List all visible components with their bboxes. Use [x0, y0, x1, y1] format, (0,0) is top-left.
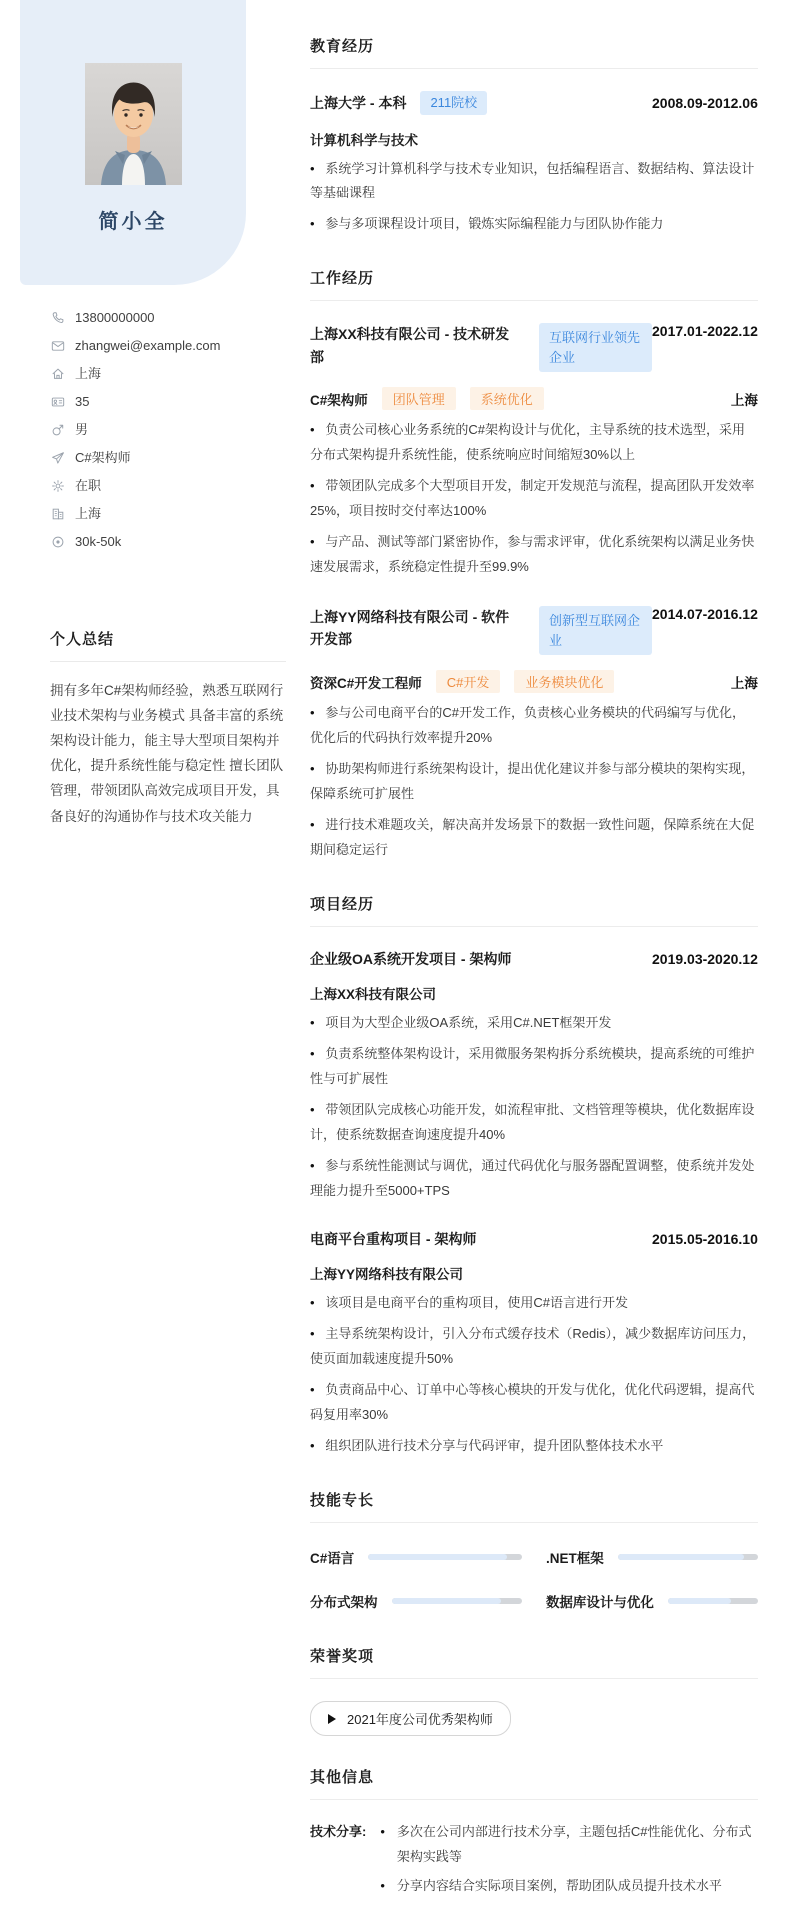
job2-period: 2014.07-2016.12 [652, 606, 758, 622]
education-title: 教育经历 [310, 35, 758, 69]
tech-share-list: • 多次在公司内部进行技术分享，主题包括C#性能优化、分布式架构实践等 • 分享… [370, 1820, 758, 1899]
bullet: 项目为大型企业级OA系统，采用C#.NET框架开发 [310, 1011, 758, 1036]
bullet: 参与系统性能测试与调优，通过代码优化与服务器配置调整，使系统并发处理能力提升至5… [310, 1154, 758, 1204]
project2-head: 电商平台重构项目 - 架构师 2015.05-2016.10 [310, 1229, 758, 1249]
phone-icon [50, 310, 65, 325]
skill-bar-fill [668, 1598, 731, 1604]
skill-bar [618, 1554, 758, 1560]
job1-tag-1: 团队管理 [382, 387, 456, 410]
education-entry-head: 上海大学 - 本科 211院校 2008.09-2012.06 [310, 91, 758, 115]
contact-email-value: zhangwei@example.com [75, 337, 220, 354]
gender-icon [50, 422, 65, 437]
contact-city-value: 上海 [75, 505, 101, 522]
status-gear-icon [50, 478, 65, 493]
summary-title: 个人总结 [50, 628, 286, 662]
contact-age: 35 [50, 393, 286, 410]
major: 计算机科学与技术 [310, 129, 758, 149]
tech-share-label: 技术分享: [310, 1820, 366, 1899]
education-section: 教育经历 上海大学 - 本科 211院校 2008.09-2012.06 计算机… [310, 35, 758, 237]
skill-bar-fill [368, 1554, 506, 1560]
contact-city: 上海 [50, 505, 286, 522]
bullet: 与产品、测试等部门紧密协作，参与需求评审，优化系统架构以满足业务快速发展需求，系… [310, 530, 758, 580]
bullet: 负责系统整体架构设计，采用微服务架构拆分系统模块，提高系统的可维护性与可扩展性 [310, 1042, 758, 1092]
bullet: 带领团队完成多个大型项目开发，制定开发规范与流程，提高团队开发效率25%，项目按… [310, 474, 758, 524]
age-icon [50, 394, 65, 409]
skill-label: 分布式架构 [310, 1591, 378, 1611]
job1-bullets: 负责公司核心业务系统的C#架构设计与优化，主导系统的技术选型，采用分布式架构提升… [310, 418, 758, 580]
job1-company-badge: 互联网行业领先企业 [539, 323, 652, 372]
projects-section: 项目经历 企业级OA系统开发项目 - 架构师 2019.03-2020.12 上… [310, 893, 758, 1459]
skill-bar [368, 1554, 522, 1560]
honors-title: 荣誉奖项 [310, 1645, 758, 1679]
project1-head: 企业级OA系统开发项目 - 架构师 2019.03-2020.12 [310, 949, 758, 969]
contact-gender-value: 男 [75, 421, 88, 438]
job-entry-2: 上海YY网络科技有限公司 - 软件开发部 创新型互联网企业 2014.07-20… [310, 606, 758, 863]
job1-role: C#架构师 [310, 389, 368, 409]
bullet: 负责公司核心业务系统的C#架构设计与优化，主导系统的技术选型，采用分布式架构提升… [310, 418, 758, 468]
contact-salary: 30k-50k [50, 533, 286, 550]
contact-home: 上海 [50, 365, 286, 382]
list-item-text: 分享内容结合实际项目案例，帮助团队成员提升技术水平 [397, 1874, 722, 1899]
job2-tag-1: C#开发 [436, 670, 501, 693]
other-info-section: 其他信息 技术分享: • 多次在公司内部进行技术分享，主题包括C#性能优化、分布… [310, 1766, 758, 1899]
job2-location: 上海 [731, 672, 758, 692]
project1-bullets: 项目为大型企业级OA系统，采用C#.NET框架开发 负责系统整体架构设计，采用微… [310, 1011, 758, 1204]
contact-gender: 男 [50, 421, 286, 438]
email-icon [50, 338, 65, 353]
other-info-title: 其他信息 [310, 1766, 758, 1800]
city-building-icon [50, 506, 65, 521]
bullet: 协助架构师进行系统架构设计，提出优化建议并参与部分模块的架构实现，保障系统可扩展… [310, 757, 758, 807]
play-icon [328, 1714, 336, 1724]
job1-company: 上海XX科技有限公司 - 技术研发部 [310, 323, 515, 368]
project-entry-2: 电商平台重构项目 - 架构师 2015.05-2016.10 上海YY网络科技有… [310, 1229, 758, 1459]
project-entry-1: 企业级OA系统开发项目 - 架构师 2019.03-2020.12 上海XX科技… [310, 949, 758, 1204]
job2-company: 上海YY网络科技有限公司 - 软件开发部 [310, 606, 515, 651]
project1-company: 上海XX科技有限公司 [310, 983, 758, 1003]
project1-name: 企业级OA系统开发项目 - 架构师 [310, 949, 511, 969]
contact-list: 13800000000 zhangwei@example.com 上海 [50, 309, 286, 550]
honor-item-button[interactable]: 2021年度公司优秀架构师 [310, 1701, 511, 1736]
contact-status-value: 在职 [75, 477, 101, 494]
skills-section: 技能专长 C#语言 .NET框架 分布式架构 数据库设计与优化 [310, 1489, 758, 1635]
job2-company-badge: 创新型互联网企业 [539, 606, 652, 655]
position-paper-plane-icon [50, 450, 65, 465]
contact-phone-value: 13800000000 [75, 309, 155, 326]
main-content: 教育经历 上海大学 - 本科 211院校 2008.09-2012.06 计算机… [310, 0, 794, 1929]
contact-phone: 13800000000 [50, 309, 286, 326]
bullet: 该项目是电商平台的重构项目，使用C#语言进行开发 [310, 1291, 758, 1316]
list-item: • 分享内容结合实际项目案例，帮助团队成员提升技术水平 [370, 1874, 758, 1899]
contact-home-value: 上海 [75, 365, 101, 382]
contact-status: 在职 [50, 477, 286, 494]
skill-bar-fill [618, 1554, 744, 1560]
contact-position: C#架构师 [50, 449, 286, 466]
contact-email: zhangwei@example.com [50, 337, 286, 354]
contact-age-value: 35 [75, 393, 89, 410]
bullet-dot: • [380, 1874, 385, 1899]
skills-title: 技能专长 [310, 1489, 758, 1523]
education-period: 2008.09-2012.06 [652, 95, 758, 111]
education-bullets: 系统学习计算机科学与技术专业知识，包括编程语言、数据结构、算法设计等基础课程 参… [310, 157, 758, 238]
project2-company: 上海YY网络科技有限公司 [310, 1263, 758, 1283]
bullet: 参与公司电商平台的C#开发工作，负责核心业务模块的代码编写与优化，优化后的代码执… [310, 701, 758, 751]
work-section: 工作经历 上海XX科技有限公司 - 技术研发部 互联网行业领先企业 2017.0… [310, 267, 758, 862]
home-icon [50, 366, 65, 381]
salary-target-icon [50, 534, 65, 549]
project2-period: 2015.05-2016.10 [652, 1231, 758, 1247]
profile-panel: 简小全 [20, 0, 246, 285]
resume-page: 简小全 13800000000 zhangwei@example.com [0, 0, 794, 1929]
bullet: 带领团队完成核心功能开发，如流程审批、文档管理等模块，优化数据库设计，使系统数据… [310, 1098, 758, 1148]
job1-location: 上海 [731, 389, 758, 409]
bullet: 负责商品中心、订单中心等核心模块的开发与优化，优化代码逻辑，提高代码复用率30% [310, 1378, 758, 1428]
skill-grid: C#语言 .NET框架 分布式架构 数据库设计与优化 [310, 1547, 758, 1635]
bullet: 参与多项课程设计项目，锻炼实际编程能力与团队协作能力 [310, 212, 758, 237]
skill-label: 数据库设计与优化 [546, 1591, 654, 1611]
tech-share-row: 技术分享: • 多次在公司内部进行技术分享，主题包括C#性能优化、分布式架构实践… [310, 1820, 758, 1899]
job2-role-row: 资深C#开发工程师 C#开发 业务模块优化 上海 [310, 670, 758, 693]
job1-head: 上海XX科技有限公司 - 技术研发部 互联网行业领先企业 2017.01-202… [310, 323, 758, 372]
projects-title: 项目经历 [310, 893, 758, 927]
sidebar-content: 13800000000 zhangwei@example.com 上海 [50, 309, 286, 829]
skill-database: 数据库设计与优化 [534, 1591, 758, 1611]
bullet: 系统学习计算机科学与技术专业知识，包括编程语言、数据结构、算法设计等基础课程 [310, 157, 758, 207]
job-entry-1: 上海XX科技有限公司 - 技术研发部 互联网行业领先企业 2017.01-202… [310, 323, 758, 580]
skill-distributed: 分布式架构 [310, 1591, 534, 1611]
project1-period: 2019.03-2020.12 [652, 951, 758, 967]
job1-tag-2: 系统优化 [470, 387, 544, 410]
bullet-dot: • [380, 1820, 385, 1870]
bullet: 进行技术难题攻关，解决高并发场景下的数据一致性问题，保障系统在大促期间稳定运行 [310, 813, 758, 863]
job2-head: 上海YY网络科技有限公司 - 软件开发部 创新型互联网企业 2014.07-20… [310, 606, 758, 655]
sidebar: 简小全 13800000000 zhangwei@example.com [0, 0, 310, 1929]
work-title: 工作经历 [310, 267, 758, 301]
photo-wrap [20, 0, 246, 190]
contact-salary-value: 30k-50k [75, 533, 121, 550]
school-badge: 211院校 [420, 91, 487, 115]
contact-position-value: C#架构师 [75, 449, 131, 466]
summary-text: 拥有多年C#架构师经验，熟悉互联网行业技术架构与业务模式 具备丰富的系统架构设计… [50, 678, 286, 829]
honor-item-label: 2021年度公司优秀架构师 [347, 1709, 493, 1728]
honors-section: 荣誉奖项 2021年度公司优秀架构师 [310, 1645, 758, 1736]
profile-photo [85, 63, 182, 185]
school-name: 上海大学 - 本科 [310, 93, 406, 113]
bullet: 主导系统架构设计，引入分布式缓存技术（Redis），减少数据库访问压力，使页面加… [310, 1322, 758, 1372]
job1-period: 2017.01-2022.12 [652, 323, 758, 339]
skill-label: C#语言 [310, 1547, 354, 1567]
job2-bullets: 参与公司电商平台的C#开发工作，负责核心业务模块的代码编写与优化，优化后的代码执… [310, 701, 758, 863]
project2-name: 电商平台重构项目 - 架构师 [310, 1229, 476, 1249]
skill-bar [668, 1598, 758, 1604]
bullet: 组织团队进行技术分享与代码评审，提升团队整体技术水平 [310, 1434, 758, 1459]
job2-role: 资深C#开发工程师 [310, 672, 422, 692]
summary-section: 个人总结 拥有多年C#架构师经验，熟悉互联网行业技术架构与业务模式 具备丰富的系… [50, 628, 286, 829]
list-item: • 多次在公司内部进行技术分享，主题包括C#性能优化、分布式架构实践等 [370, 1820, 758, 1870]
skill-csharp: C#语言 [310, 1547, 534, 1567]
skill-dotnet: .NET框架 [534, 1547, 758, 1567]
list-item-text: 多次在公司内部进行技术分享，主题包括C#性能优化、分布式架构实践等 [397, 1820, 758, 1870]
job2-tag-2: 业务模块优化 [514, 670, 614, 693]
person-name: 简小全 [20, 205, 246, 234]
job1-role-row: C#架构师 团队管理 系统优化 上海 [310, 387, 758, 410]
skill-bar [392, 1598, 522, 1604]
project2-bullets: 该项目是电商平台的重构项目，使用C#语言进行开发 主导系统架构设计，引入分布式缓… [310, 1291, 758, 1459]
skill-bar-fill [392, 1598, 502, 1604]
skill-label: .NET框架 [546, 1547, 604, 1567]
